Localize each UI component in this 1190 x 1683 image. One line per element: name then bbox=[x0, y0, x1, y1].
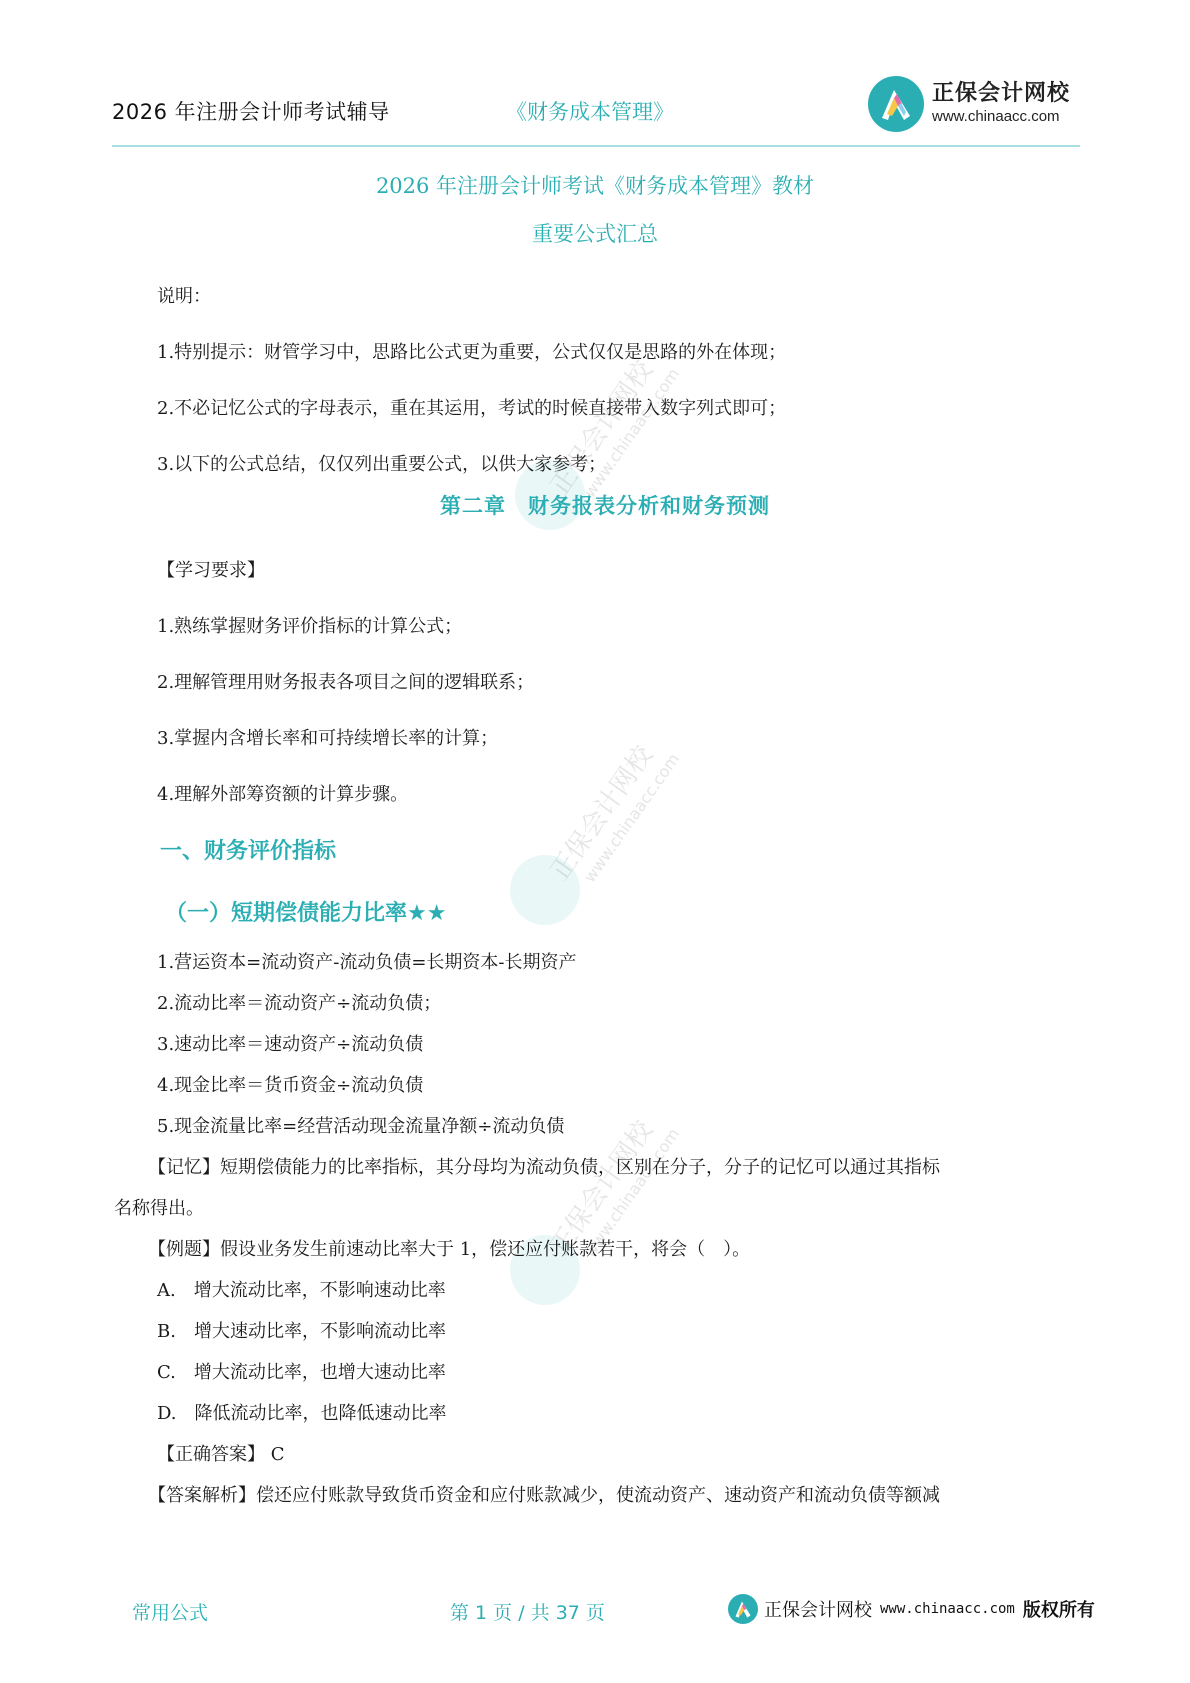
subsection-heading: （一）短期偿债能力比率★★ bbox=[165, 896, 446, 927]
watermark-url: www.chinaacc.com bbox=[580, 365, 683, 501]
header-exam-title: 2026 年注册会计师考试辅导 bbox=[112, 96, 390, 126]
option-b: B. 增大速动比率，不影响流动比率 bbox=[157, 1317, 446, 1343]
page-number: 第 1 页 / 共 37 页 bbox=[450, 1598, 605, 1625]
footer-brand: 正保会计网校 bbox=[764, 1596, 872, 1622]
watermark: 正保会计网校 www.chinaacc.com bbox=[520, 1040, 720, 1240]
chapter-title: 第二章 财务报表分析和财务预测 bbox=[440, 490, 770, 520]
option-a: A. 增大流动比率，不影响速动比率 bbox=[157, 1276, 446, 1302]
note-item: 2.不必记忆公式的字母表示，重在其运用，考试的时候直接带入数字列式即可； bbox=[157, 394, 786, 420]
notes-label: 说明： bbox=[157, 282, 211, 308]
header-divider bbox=[112, 145, 1080, 147]
formula-item: 1.营运资本=流动资产-流动负债=长期资本-长期资产 bbox=[157, 948, 577, 974]
memory-tip: 【记忆】短期偿债能力的比率指标，其分母均为流动负债，区别在分子，分子的记忆可以通… bbox=[148, 1153, 940, 1179]
requirement-item: 2.理解管理用财务报表各项目之间的逻辑联系； bbox=[157, 668, 534, 694]
document-title: 2026 年注册会计师考试《财务成本管理》教材 bbox=[0, 170, 1190, 200]
example-question: 【例题】假设业务发生前速动比率大于 1，偿还应付账款若干，将会（ ）。 bbox=[148, 1235, 750, 1261]
watermark-logo-icon bbox=[510, 855, 580, 925]
watermark-text: 正保会计网校 bbox=[540, 737, 660, 886]
page-footer: 常用公式 第 1 页 / 共 37 页 正保会计网校 www.chinaacc.… bbox=[0, 1590, 1190, 1630]
document-subtitle: 重要公式汇总 bbox=[0, 218, 1190, 248]
formula-item: 5.现金流量比率=经营活动现金流量净额÷流动负债 bbox=[157, 1112, 564, 1138]
answer-explanation: 【答案解析】偿还应付账款导致货币资金和应付账款减少，使流动资产、速动资产和流动负… bbox=[148, 1481, 940, 1507]
footer-rights: 版权所有 bbox=[1023, 1596, 1095, 1622]
footer-section-label: 常用公式 bbox=[132, 1598, 208, 1625]
watermark-url: www.chinaacc.com bbox=[580, 750, 683, 886]
watermark-text: 正保会计网校 bbox=[540, 352, 660, 501]
requirement-item: 4.理解外部筹资额的计算步骤。 bbox=[157, 780, 408, 806]
formula-item: 3.速动比率＝速动资产÷流动负债 bbox=[157, 1030, 423, 1056]
formula-item: 4.现金比率＝货币资金÷流动负债 bbox=[157, 1071, 423, 1097]
logo-brand-name: 正保会计网校 bbox=[932, 81, 1070, 107]
page-header: 2026 年注册会计师考试辅导 《财务成本管理》 正保会计网校 www.chin… bbox=[0, 0, 1190, 150]
option-d: D. 降低流动比率，也降低速动比率 bbox=[157, 1399, 447, 1425]
footer-copyright: 正保会计网校 www.chinaacc.com 版权所有 bbox=[728, 1594, 1095, 1624]
requirements-label: 【学习要求】 bbox=[157, 556, 265, 582]
watermark: 正保会计网校 www.chinaacc.com bbox=[520, 665, 720, 865]
memory-tip-continued: 名称得出。 bbox=[114, 1194, 204, 1220]
requirement-item: 3.掌握内含增长率和可持续增长率的计算； bbox=[157, 724, 498, 750]
chinaacc-logo-icon bbox=[728, 1594, 758, 1624]
brand-logo: 正保会计网校 www.chinaacc.com bbox=[868, 74, 1070, 134]
correct-answer: 【正确答案】 C bbox=[157, 1440, 285, 1466]
formula-item: 2.流动比率＝流动资产÷流动负债； bbox=[157, 989, 441, 1015]
section-heading: 一、财务评价指标 bbox=[160, 834, 336, 865]
requirement-item: 1.熟练掌握财务评价指标的计算公式； bbox=[157, 612, 462, 638]
footer-url: www.chinaacc.com bbox=[880, 1601, 1015, 1617]
option-c: C. 增大流动比率，也增大速动比率 bbox=[157, 1358, 446, 1384]
note-item: 3.以下的公式总结，仅仅列出重要公式，以供大家参考； bbox=[157, 450, 606, 476]
header-book-title: 《财务成本管理》 bbox=[506, 96, 674, 126]
chinaacc-logo-icon bbox=[868, 76, 924, 132]
logo-url: www.chinaacc.com bbox=[932, 107, 1070, 127]
note-item: 1.特别提示：财管学习中，思路比公式更为重要，公式仅仅是思路的外在体现； bbox=[157, 338, 786, 364]
